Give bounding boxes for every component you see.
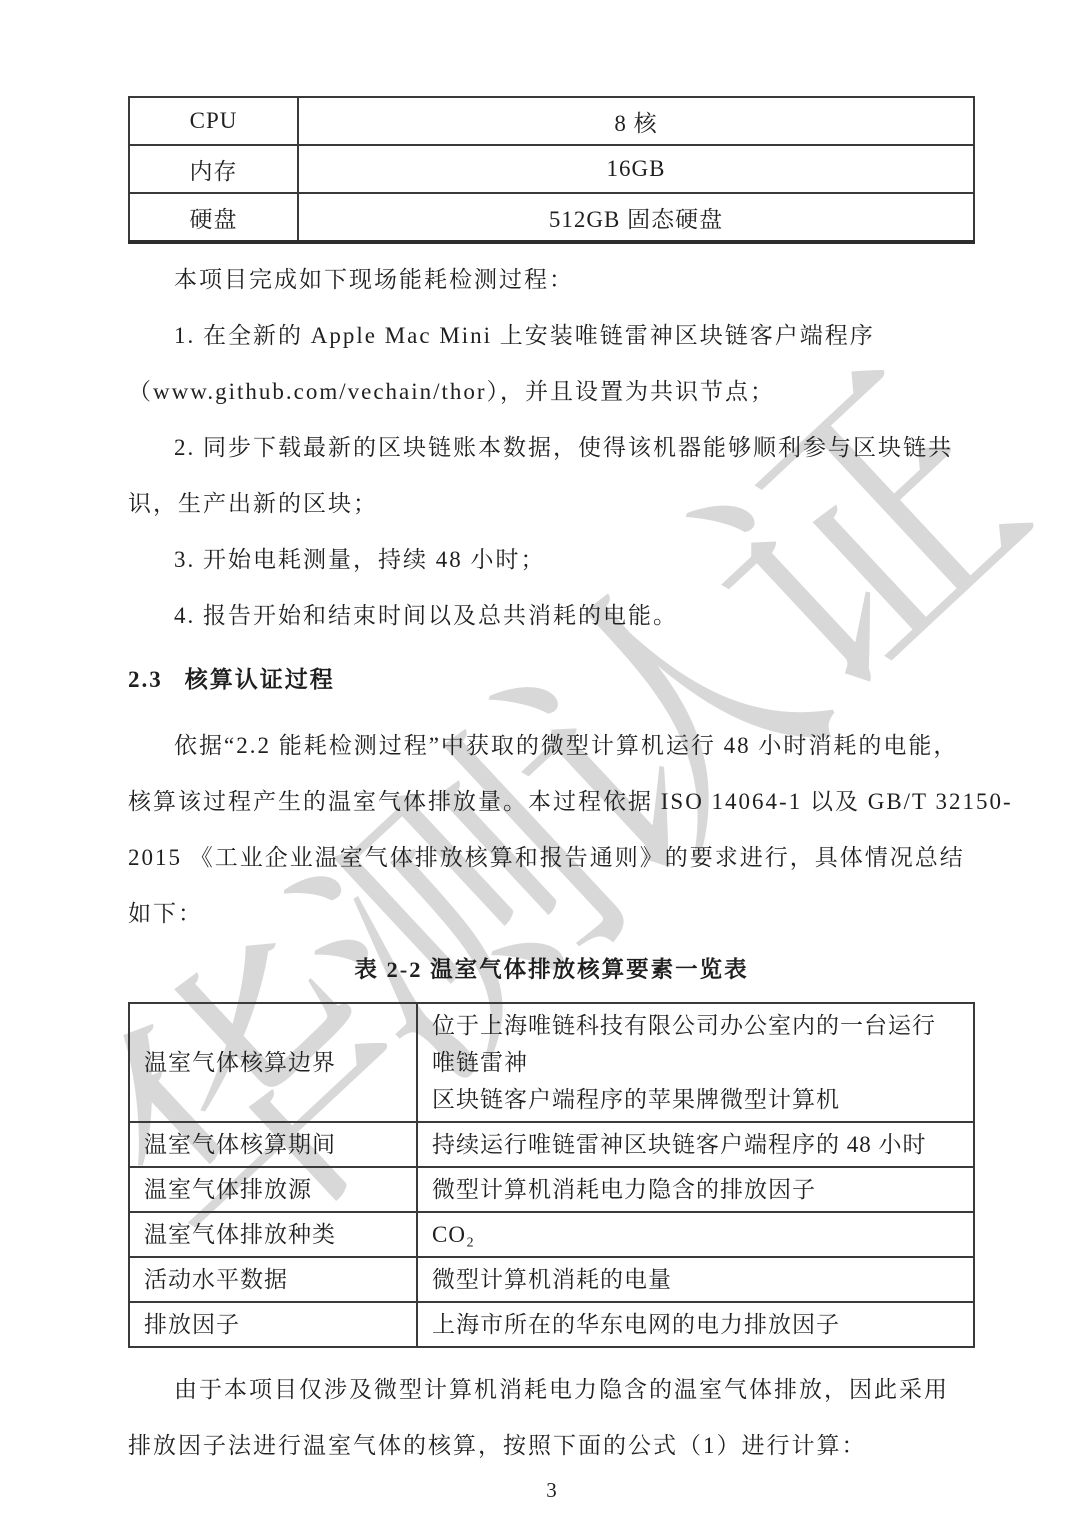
ghg-label-cell: 活动水平数据 [129,1257,417,1302]
table-row: 温室气体核算边界 位于上海唯链科技有限公司办公室内的一台运行唯链雷神 区块链客户… [129,1003,974,1122]
spec-label-cell: 硬盘 [129,193,298,242]
spec-value-cell: 16GB [298,145,974,193]
table-row: 温室气体排放种类 CO₂ [129,1212,974,1257]
text-line: 2015 《工业企业温室气体排放核算和报告通则》的要求进行，具体情况总结 [128,830,975,886]
table-row: 内存 16GB [129,145,974,193]
table-row: 温室气体排放源 微型计算机消耗电力隐含的排放因子 [129,1167,974,1212]
table-row: 温室气体核算期间 持续运行唯链雷神区块链客户端程序的 48 小时 [129,1122,974,1167]
ghg-label-cell: 排放因子 [129,1302,417,1347]
spec-value-cell: 512GB 固态硬盘 [298,193,974,242]
table-row: 活动水平数据 微型计算机消耗的电量 [129,1257,974,1302]
table-row: CPU 8 核 [129,97,974,145]
ghg-value-cell: 位于上海唯链科技有限公司办公室内的一台运行唯链雷神 区块链客户端程序的苹果牌微型… [417,1003,974,1122]
text-line: 4. 报告开始和结束时间以及总共消耗的电能。 [128,588,975,644]
table-row: 排放因子 上海市所在的华东电网的电力排放因子 [129,1302,974,1347]
text-line: （www.github.com/vechain/thor），并且设置为共识节点； [128,364,975,420]
ghg-label-cell: 温室气体核算边界 [129,1003,417,1122]
accounting-paragraphs: 依据“2.2 能耗检测过程”中获取的微型计算机运行 48 小时消耗的电能，核算该… [128,718,975,942]
ghg-value-cell: 微型计算机消耗的电量 [417,1257,974,1302]
text-line: 识，生产出新的区块； [128,476,975,532]
ghg-label-cell: 温室气体排放种类 [129,1212,417,1257]
text-line: 如下： [128,886,975,942]
section-number: 2.3 [128,667,163,692]
ghg-value-cell: 持续运行唯链雷神区块链客户端程序的 48 小时 [417,1122,974,1167]
intro-paragraphs: 本项目完成如下现场能耗检测过程：1. 在全新的 Apple Mac Mini 上… [128,252,975,644]
spec-value-cell: 8 核 [298,97,974,145]
hardware-spec-table-body: CPU 8 核 内存 16GB 硬盘 512GB 固态硬盘 [129,97,974,242]
page-content: CPU 8 核 内存 16GB 硬盘 512GB 固态硬盘 本项目完成如下现场能… [128,96,975,1506]
text-line: 本项目完成如下现场能耗检测过程： [128,252,975,308]
ghg-table-caption: 表 2-2 温室气体排放核算要素一览表 [128,946,975,994]
spec-label-cell: 内存 [129,145,298,193]
text-line: 3. 开始电耗测量，持续 48 小时； [128,532,975,588]
text-line: 依据“2.2 能耗检测过程”中获取的微型计算机运行 48 小时消耗的电能， [128,718,975,774]
section-heading: 2.3核算认证过程 [128,652,975,708]
ghg-accounting-table-body: 温室气体核算边界 位于上海唯链科技有限公司办公室内的一台运行唯链雷神 区块链客户… [129,1003,974,1347]
text-line: 1. 在全新的 Apple Mac Mini 上安装唯链雷神区块链客户端程序 [128,308,975,364]
section-title: 核算认证过程 [185,667,335,692]
document-page: 华测认证 CPU 8 核 内存 16GB 硬盘 512GB 固态硬盘 本项目完成… [0,0,1080,1525]
table-row: 硬盘 512GB 固态硬盘 [129,193,974,242]
ghg-value-cell: 上海市所在的华东电网的电力排放因子 [417,1302,974,1347]
ghg-accounting-table: 温室气体核算边界 位于上海唯链科技有限公司办公室内的一台运行唯链雷神 区块链客户… [128,1002,975,1348]
ghg-label-cell: 温室气体排放源 [129,1167,417,1212]
page-number: 3 [128,1474,975,1506]
ghg-value-cell: CO₂ [417,1212,974,1257]
closing-paragraphs: 由于本项目仅涉及微型计算机消耗电力隐含的温室气体排放，因此采用排放因子法进行温室… [128,1362,975,1474]
hardware-spec-table: CPU 8 核 内存 16GB 硬盘 512GB 固态硬盘 [128,96,975,244]
text-line: 排放因子法进行温室气体的核算，按照下面的公式（1）进行计算： [128,1418,975,1474]
spec-label-cell: CPU [129,97,298,145]
text-line: 核算该过程产生的温室气体排放量。本过程依据 ISO 14064-1 以及 GB/… [128,774,975,830]
ghg-value-cell: 微型计算机消耗电力隐含的排放因子 [417,1167,974,1212]
ghg-label-cell: 温室气体核算期间 [129,1122,417,1167]
text-line: 2. 同步下载最新的区块链账本数据，使得该机器能够顺利参与区块链共 [128,420,975,476]
text-line: 由于本项目仅涉及微型计算机消耗电力隐含的温室气体排放，因此采用 [128,1362,975,1418]
